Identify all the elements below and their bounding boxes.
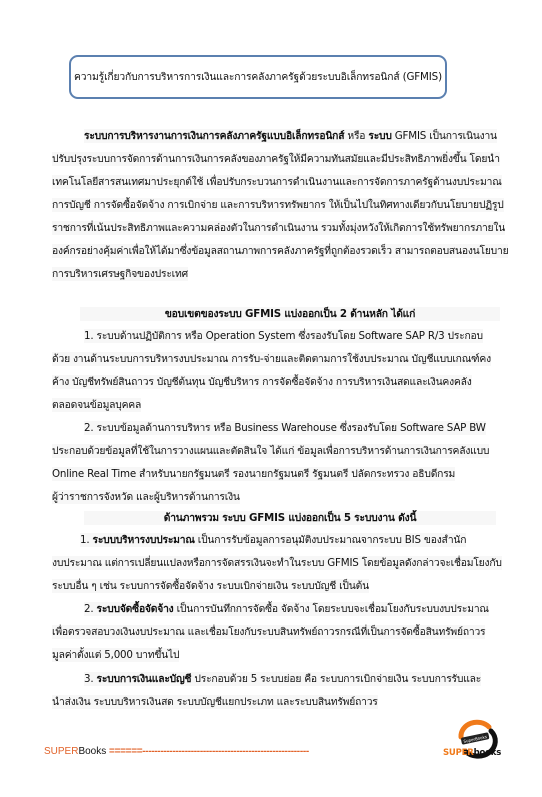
scope-item1-line-0: 1. ระบบด้านปฏิบัติการ หรือ Operation Sys… — [84, 329, 483, 343]
overview-heading: ด้านภาพรวม ระบบ GFMIS แบ่งออกเป็น 5 ระบบ… — [84, 511, 496, 525]
logo-books: books — [474, 748, 501, 758]
overview-item2-line-0: 2. ระบบจัดซื้อจัดจ้าง เป็นการบันทึกการจั… — [84, 602, 489, 616]
logo-super: SUPER — [443, 748, 474, 758]
intro-line-1: ปรับปรุงระบบการจัดการด้านการเงินการคลังข… — [52, 152, 500, 166]
overview-item1-line-1: งบประมาณ แต่การเปลี่ยนแปลงหรือการจัดสรรเ… — [52, 556, 502, 570]
scope-item2-line-2: Online Real Time สำหรับนายกรัฐมนตรี รองน… — [52, 467, 455, 481]
logo-ring-text: SuperBooks — [463, 734, 487, 744]
intro-line-2: เทคโนโลยีสารสนเทศมาประยุกต์ใช้ เพื่อปรับ… — [52, 175, 502, 189]
overview-item1-line-0: 1. ระบบบริหารงบประมาณ เป็นการรับข้อมูลกา… — [80, 533, 466, 547]
intro-line-6: การบริหารเศรษฐกิจของประเทศ — [52, 267, 188, 281]
intro-lead-rest: GFMIS เป็นการเนินงาน — [392, 130, 497, 142]
overview-item3-rest: ประกอบด้วย 5 ระบบย่อย คือ ระบบการเบิกจ่า… — [191, 673, 481, 685]
overview-item2-num: 2. — [84, 603, 97, 615]
title-box: ความรู้เกี่ยวกับการบริหารการเงินและการคล… — [69, 55, 447, 99]
scope-heading: ขอบเขตของระบบ GFMIS แบ่งออกเป็น 2 ด้านหล… — [80, 307, 500, 321]
intro-or: หรือ — [344, 130, 368, 142]
overview-item3-bold: ระบบการเงินและบัญชี — [97, 673, 192, 685]
scope-item1-line-3: ตลอดจนข้อมูลบุคคล — [52, 398, 141, 412]
overview-item2-line-1: เพื่อตรวจสอบวงเงินงบประมาณ และเชื่อมโยงก… — [52, 625, 485, 639]
overview-item1-rest: เป็นการรับข้อมูลการอนุมัติงบประมาณจากระบ… — [195, 534, 467, 546]
overview-item1-bold: ระบบบริหารงบประมาณ — [93, 534, 195, 546]
scope-item2-line-1: ประกอบด้วยข้อมูลที่ใช้ในการวางแผนและตัดส… — [52, 444, 489, 458]
footer-brand-books: Books — [78, 746, 106, 757]
intro-line-5: องค์กรอย่างคุ้มค่าเพื่อให้ได้มาซึ่งข้อมู… — [52, 244, 508, 258]
overview-item1-num: 1. — [80, 534, 93, 546]
overview-item2-bold: ระบบจัดซื้อจัดจ้าง — [97, 603, 174, 615]
intro-lead-bold2: ระบบ — [368, 130, 391, 142]
intro-lead-bold: ระบบการบริหารงานการเงินการคลังภาครัฐแบบอ… — [84, 130, 344, 142]
scope-item1-line-1: ด้วย งานด้านระบบการบริหารงบประมาณ การรับ… — [52, 352, 491, 366]
footer-brand-super: SUPER — [44, 746, 78, 757]
scope-item2-line-0: 2. ระบบข้อมูลด้านการบริหาร หรือ Business… — [84, 421, 486, 435]
overview-item2-rest: เป็นการบันทึกการจัดซื้อ จัดจ้าง โดยระบบจ… — [174, 603, 489, 615]
footer-divider: ======----------------------------------… — [109, 746, 309, 757]
overview-item3-line-1: นำส่งเงิน ระบบบริหารเงินสด ระบบบัญชีแยกป… — [52, 695, 378, 709]
scope-item2-line-3: ผู้ว่าราชการจังหวัด และผู้บริหารด้านการเ… — [52, 490, 240, 504]
scope-item1-line-2: ค้าง บัญชีทรัพย์สินถาวร บัญชีต้นทุน บัญช… — [52, 375, 472, 389]
logo-wordmark: SUPERbooks — [443, 748, 501, 758]
overview-item2-line-2: มูลค่าตั้งแต่ 5,000 บาทขึ้นไป — [52, 648, 179, 662]
footer-brand: SUPERBooks ======-----------------------… — [44, 746, 309, 757]
intro-line-3: การบัญชี การจัดซื้อจัดจ้าง การเบิกจ่าย แ… — [52, 198, 504, 212]
document-title: ความรู้เกี่ยวกับการบริหารการเงินและการคล… — [71, 68, 445, 85]
intro-line-4: ราชการที่เน้นประสิทธิภาพและความคล่องตัวใ… — [52, 221, 505, 235]
overview-item1-line-2: ระบบอื่น ๆ เช่น ระบบการจัดซื้อจัดจ้าง ระ… — [52, 579, 369, 593]
intro-line-0: ระบบการบริหารงานการเงินการคลังภาครัฐแบบอ… — [84, 129, 497, 143]
overview-item3-num: 3. — [84, 673, 97, 685]
overview-item3-line-0: 3. ระบบการเงินและบัญชี ประกอบด้วย 5 ระบบ… — [84, 672, 481, 686]
